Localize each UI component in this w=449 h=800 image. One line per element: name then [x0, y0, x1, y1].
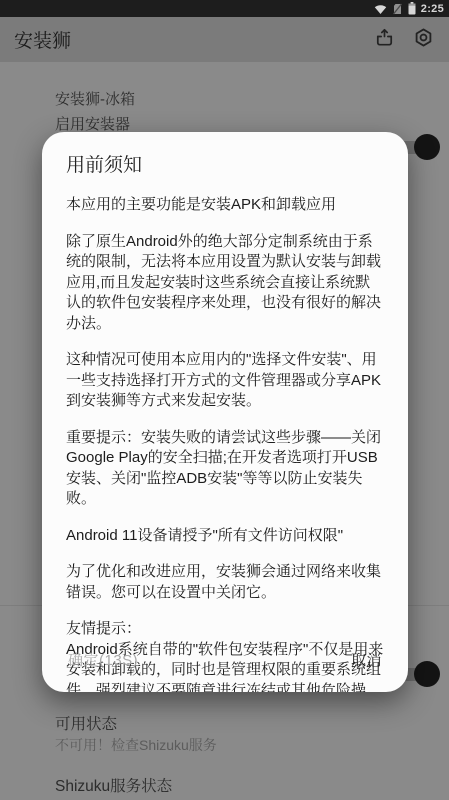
- app-title: 安装狮: [14, 26, 71, 53]
- dialog-paragraph: 除了原生Android外的绝大部分定制系统由于系统的限制，无法将本应用设置为默认…: [66, 232, 384, 335]
- dialog-button-row: 确定(13S) 取消: [42, 634, 408, 692]
- dialog-paragraph: Android 11设备请授予"所有文件访问权限": [66, 526, 384, 547]
- wifi-icon: [374, 3, 387, 15]
- dialog-paragraph: 为了优化和改进应用，安装狮会通过网络来收集错误。您可以在设置中关闭它。: [66, 562, 384, 603]
- shizuku-status-title: Shizuku服务状态: [55, 774, 172, 796]
- dialog-paragraph: 重要提示：安装失败的请尝试这些步骤——关闭Google Play的安全扫描;在开…: [66, 428, 384, 510]
- toggle-thumb: [414, 134, 440, 160]
- toggle-thumb: [414, 661, 440, 687]
- appbar-actions: [372, 28, 435, 52]
- available-status-value: 不可用！检查Shizuku服务: [55, 735, 217, 755]
- dialog-title: 用前须知: [66, 132, 384, 179]
- notice-dialog: 用前须知 本应用的主要功能是安装APK和卸载应用 除了原生Android外的绝大…: [42, 132, 408, 692]
- status-time: 2:25: [421, 3, 444, 15]
- no-sim-icon: [392, 3, 403, 15]
- settings-button[interactable]: [411, 28, 435, 52]
- app-bar: 安装狮: [0, 17, 449, 62]
- dialog-paragraph: 这种情况可使用本应用内的"选择文件安装"、用一些支持选择打开方式的文件管理器或分…: [66, 350, 384, 412]
- available-status-title: 可用状态: [55, 712, 117, 734]
- screen: 2:25 安装狮: [0, 0, 449, 800]
- install-apk-button[interactable]: [372, 28, 396, 52]
- status-bar: 2:25: [0, 0, 449, 17]
- background-item-enable-installer: 启用安装器: [55, 113, 130, 134]
- cancel-button[interactable]: 取消: [349, 641, 384, 678]
- gear-icon: [412, 26, 435, 54]
- dialog-paragraph: 本应用的主要功能是安装APK和卸载应用: [66, 195, 384, 216]
- background-item-device: 安装狮-冰箱: [55, 88, 135, 109]
- tray-arrow-up-icon: [373, 26, 396, 54]
- battery-icon: [408, 2, 416, 15]
- confirm-button[interactable]: 确定(13S): [66, 641, 140, 678]
